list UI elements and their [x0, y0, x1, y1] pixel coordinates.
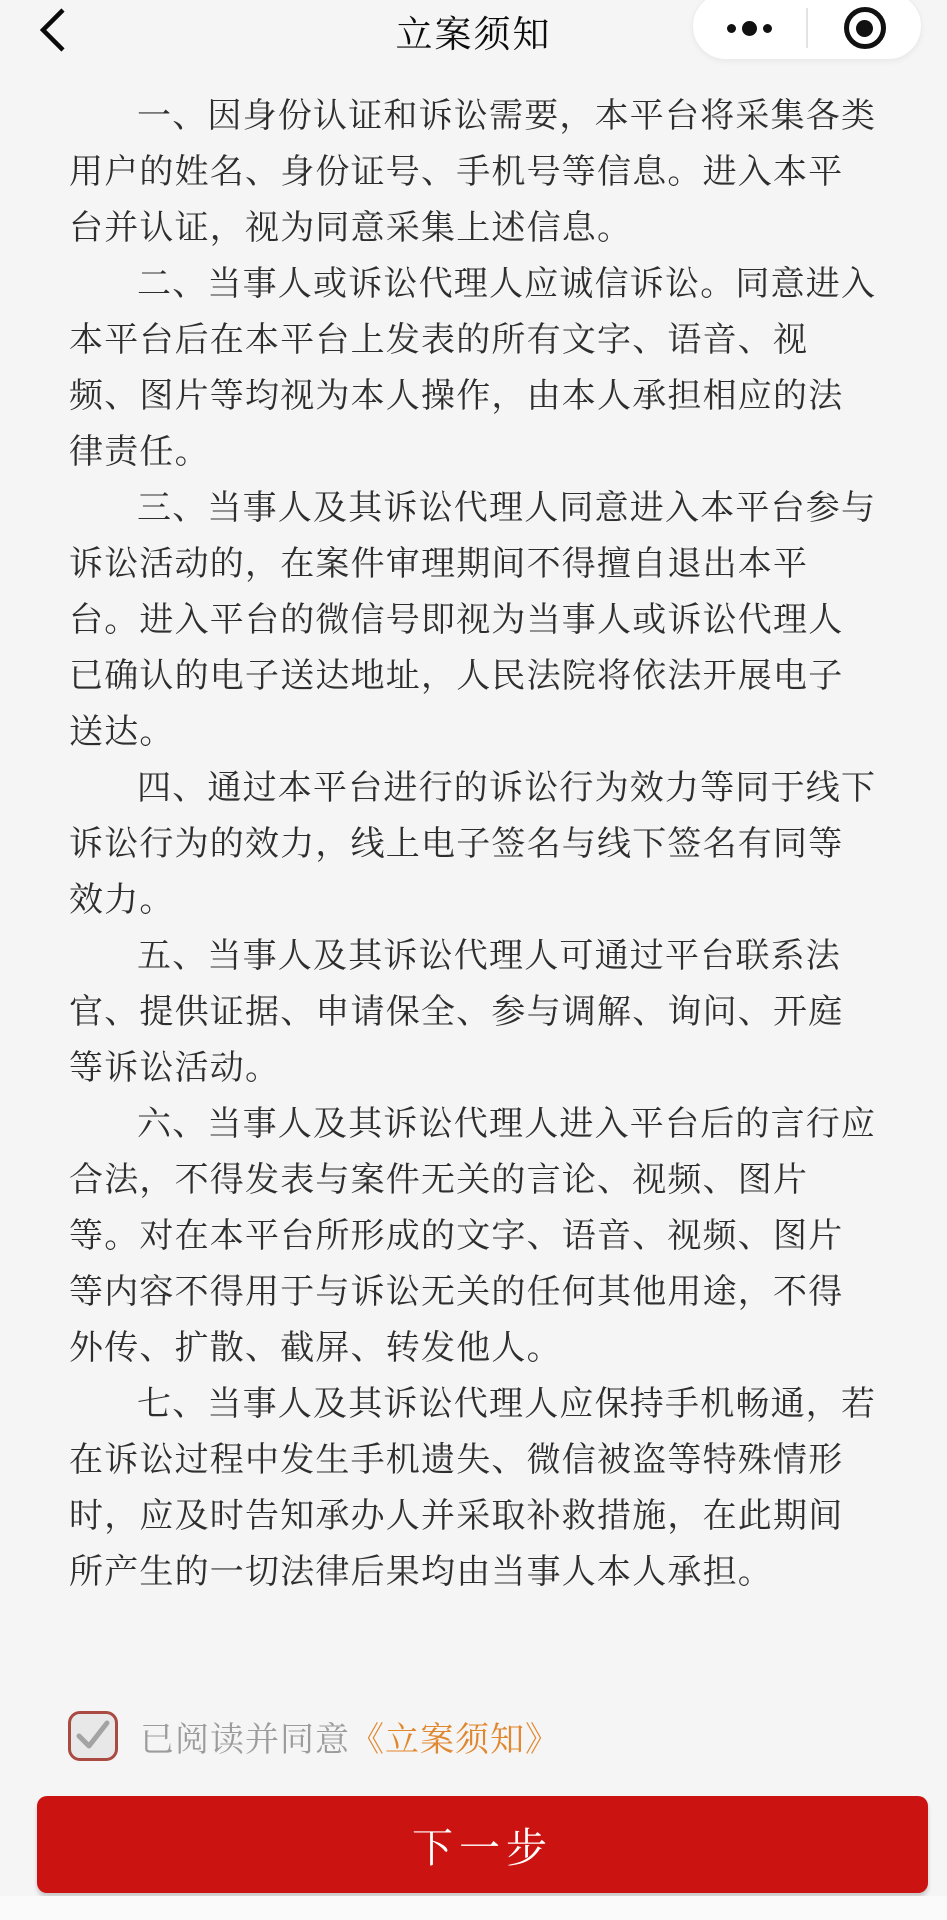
capsule-more-button[interactable] — [693, 0, 806, 59]
filing-notice-screen: 立案须知 一、因身份认证和诉讼需要，本平台将采集各类用户的姓名、身份证号、手机号… — [0, 0, 947, 1920]
filing-notice-link[interactable]: 《立案须知》 — [350, 1712, 560, 1761]
notice-text: 一、因身份认证和诉讼需要，本平台将采集各类用户的姓名、身份证号、手机号等信息。进… — [0, 62, 947, 1600]
circle-dot-icon — [844, 7, 886, 49]
notice-paragraph: 二、当事人或诉讼代理人应诚信诉讼。同意进入本平台后在本平台上发表的所有文字、语音… — [69, 256, 878, 480]
notice-paragraph: 六、当事人及其诉讼代理人进入平台后的言行应合法，不得发表与案件无关的言论、视频、… — [69, 1096, 878, 1376]
nav-bar: 立案须知 — [0, 0, 947, 62]
capsule-close-button[interactable] — [808, 0, 921, 59]
notice-paragraph: 一、因身份认证和诉讼需要，本平台将采集各类用户的姓名、身份证号、手机号等信息。进… — [69, 88, 878, 256]
checkmark-icon — [71, 1713, 115, 1760]
agreement-checkbox[interactable] — [68, 1711, 118, 1761]
notice-paragraph: 四、通过本平台进行的诉讼行为效力等同于线下诉讼行为的效力，线上电子签名与线下签名… — [69, 760, 878, 928]
wechat-capsule — [692, 0, 922, 60]
bottom-strip — [0, 1896, 947, 1920]
notice-paragraph: 三、当事人及其诉讼代理人同意进入本平台参与诉讼活动的，在案件审理期间不得擅自退出… — [69, 480, 878, 760]
notice-paragraph: 五、当事人及其诉讼代理人可通过平台联系法官、提供证据、申请保全、参与调解、询问、… — [69, 928, 878, 1096]
agreement-label: 已阅读并同意 — [140, 1712, 350, 1761]
notice-paragraph: 七、当事人及其诉讼代理人应保持手机畅通，若在诉讼过程中发生手机遗失、微信被盗等特… — [69, 1376, 878, 1600]
ellipsis-icon — [727, 21, 772, 36]
agreement-row: 已阅读并同意 《立案须知》 — [68, 1704, 947, 1768]
next-step-button[interactable]: 下一步 — [37, 1796, 928, 1893]
